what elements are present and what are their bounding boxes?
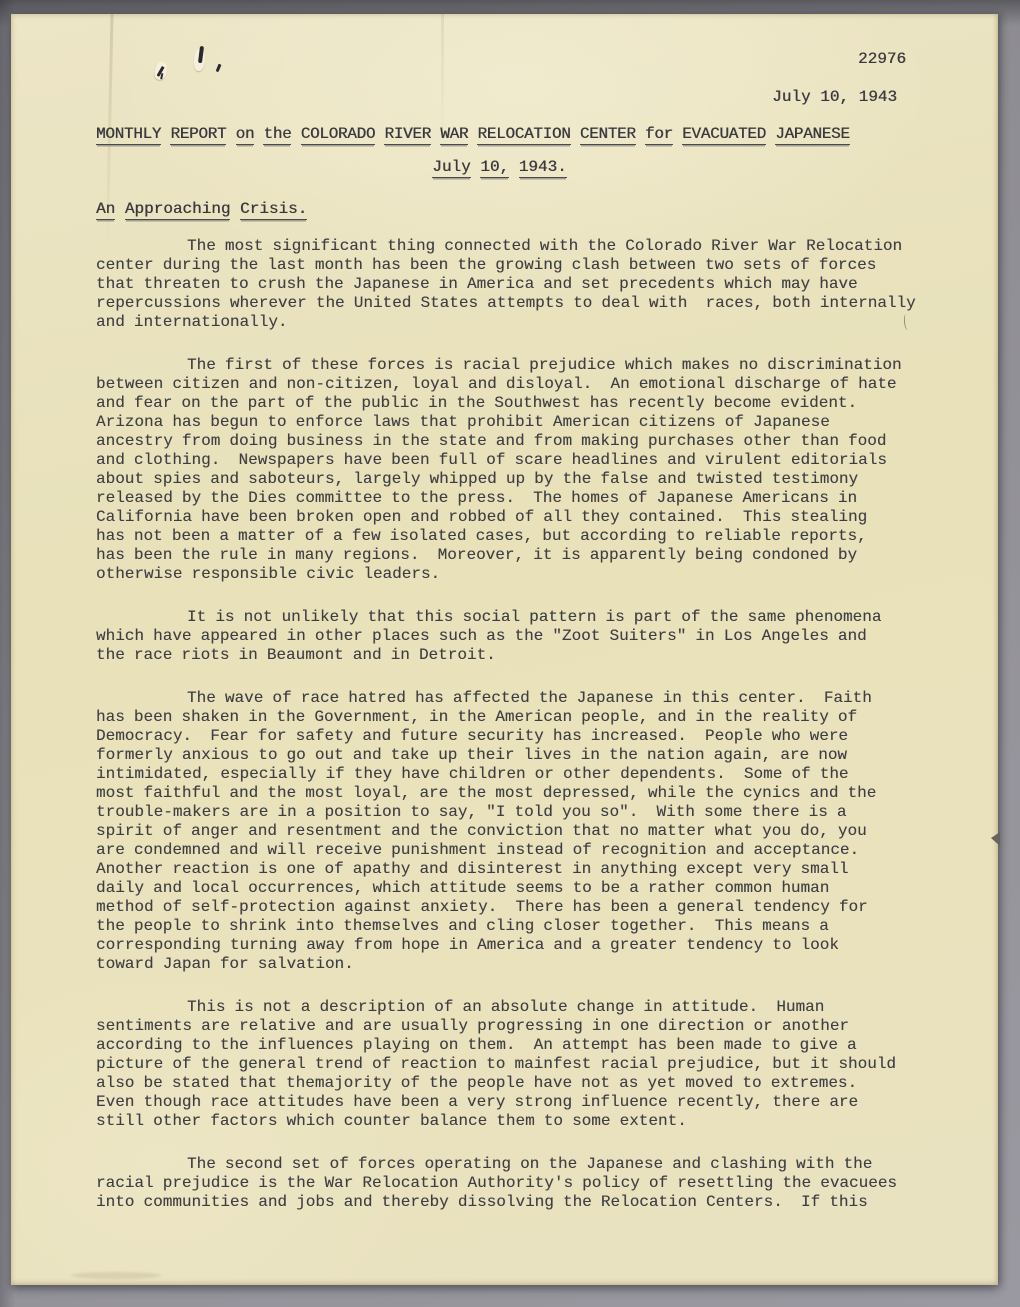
paper-smudge <box>71 1272 161 1279</box>
date-top-right: July 10, 1943 <box>96 88 943 107</box>
paragraph-2: The first of these forces is racial prej… <box>96 356 943 584</box>
document-number: 22976 <box>96 50 943 69</box>
paragraph-3: It is not unlikely that this social patt… <box>96 608 943 665</box>
paragraph-1: The most significant thing connected wit… <box>96 237 943 332</box>
paragraph-4: The wave of race hatred has affected the… <box>96 689 943 974</box>
paragraph-6: The second set of forces operating on th… <box>96 1155 943 1212</box>
scan-background: 22976 July 10, 1943 MONTHLY REPORT on th… <box>0 0 1020 1307</box>
paper-edge-notch <box>991 832 1000 846</box>
report-title: MONTHLY REPORT on the COLORADO RIVER WAR… <box>96 125 943 144</box>
section-heading: An Approaching Crisis. <box>96 200 943 219</box>
document-page: 22976 July 10, 1943 MONTHLY REPORT on th… <box>11 14 998 1285</box>
paragraph-5: This is not a description of an absolute… <box>96 998 943 1131</box>
report-date-heading: July 10, 1943. <box>96 158 943 177</box>
